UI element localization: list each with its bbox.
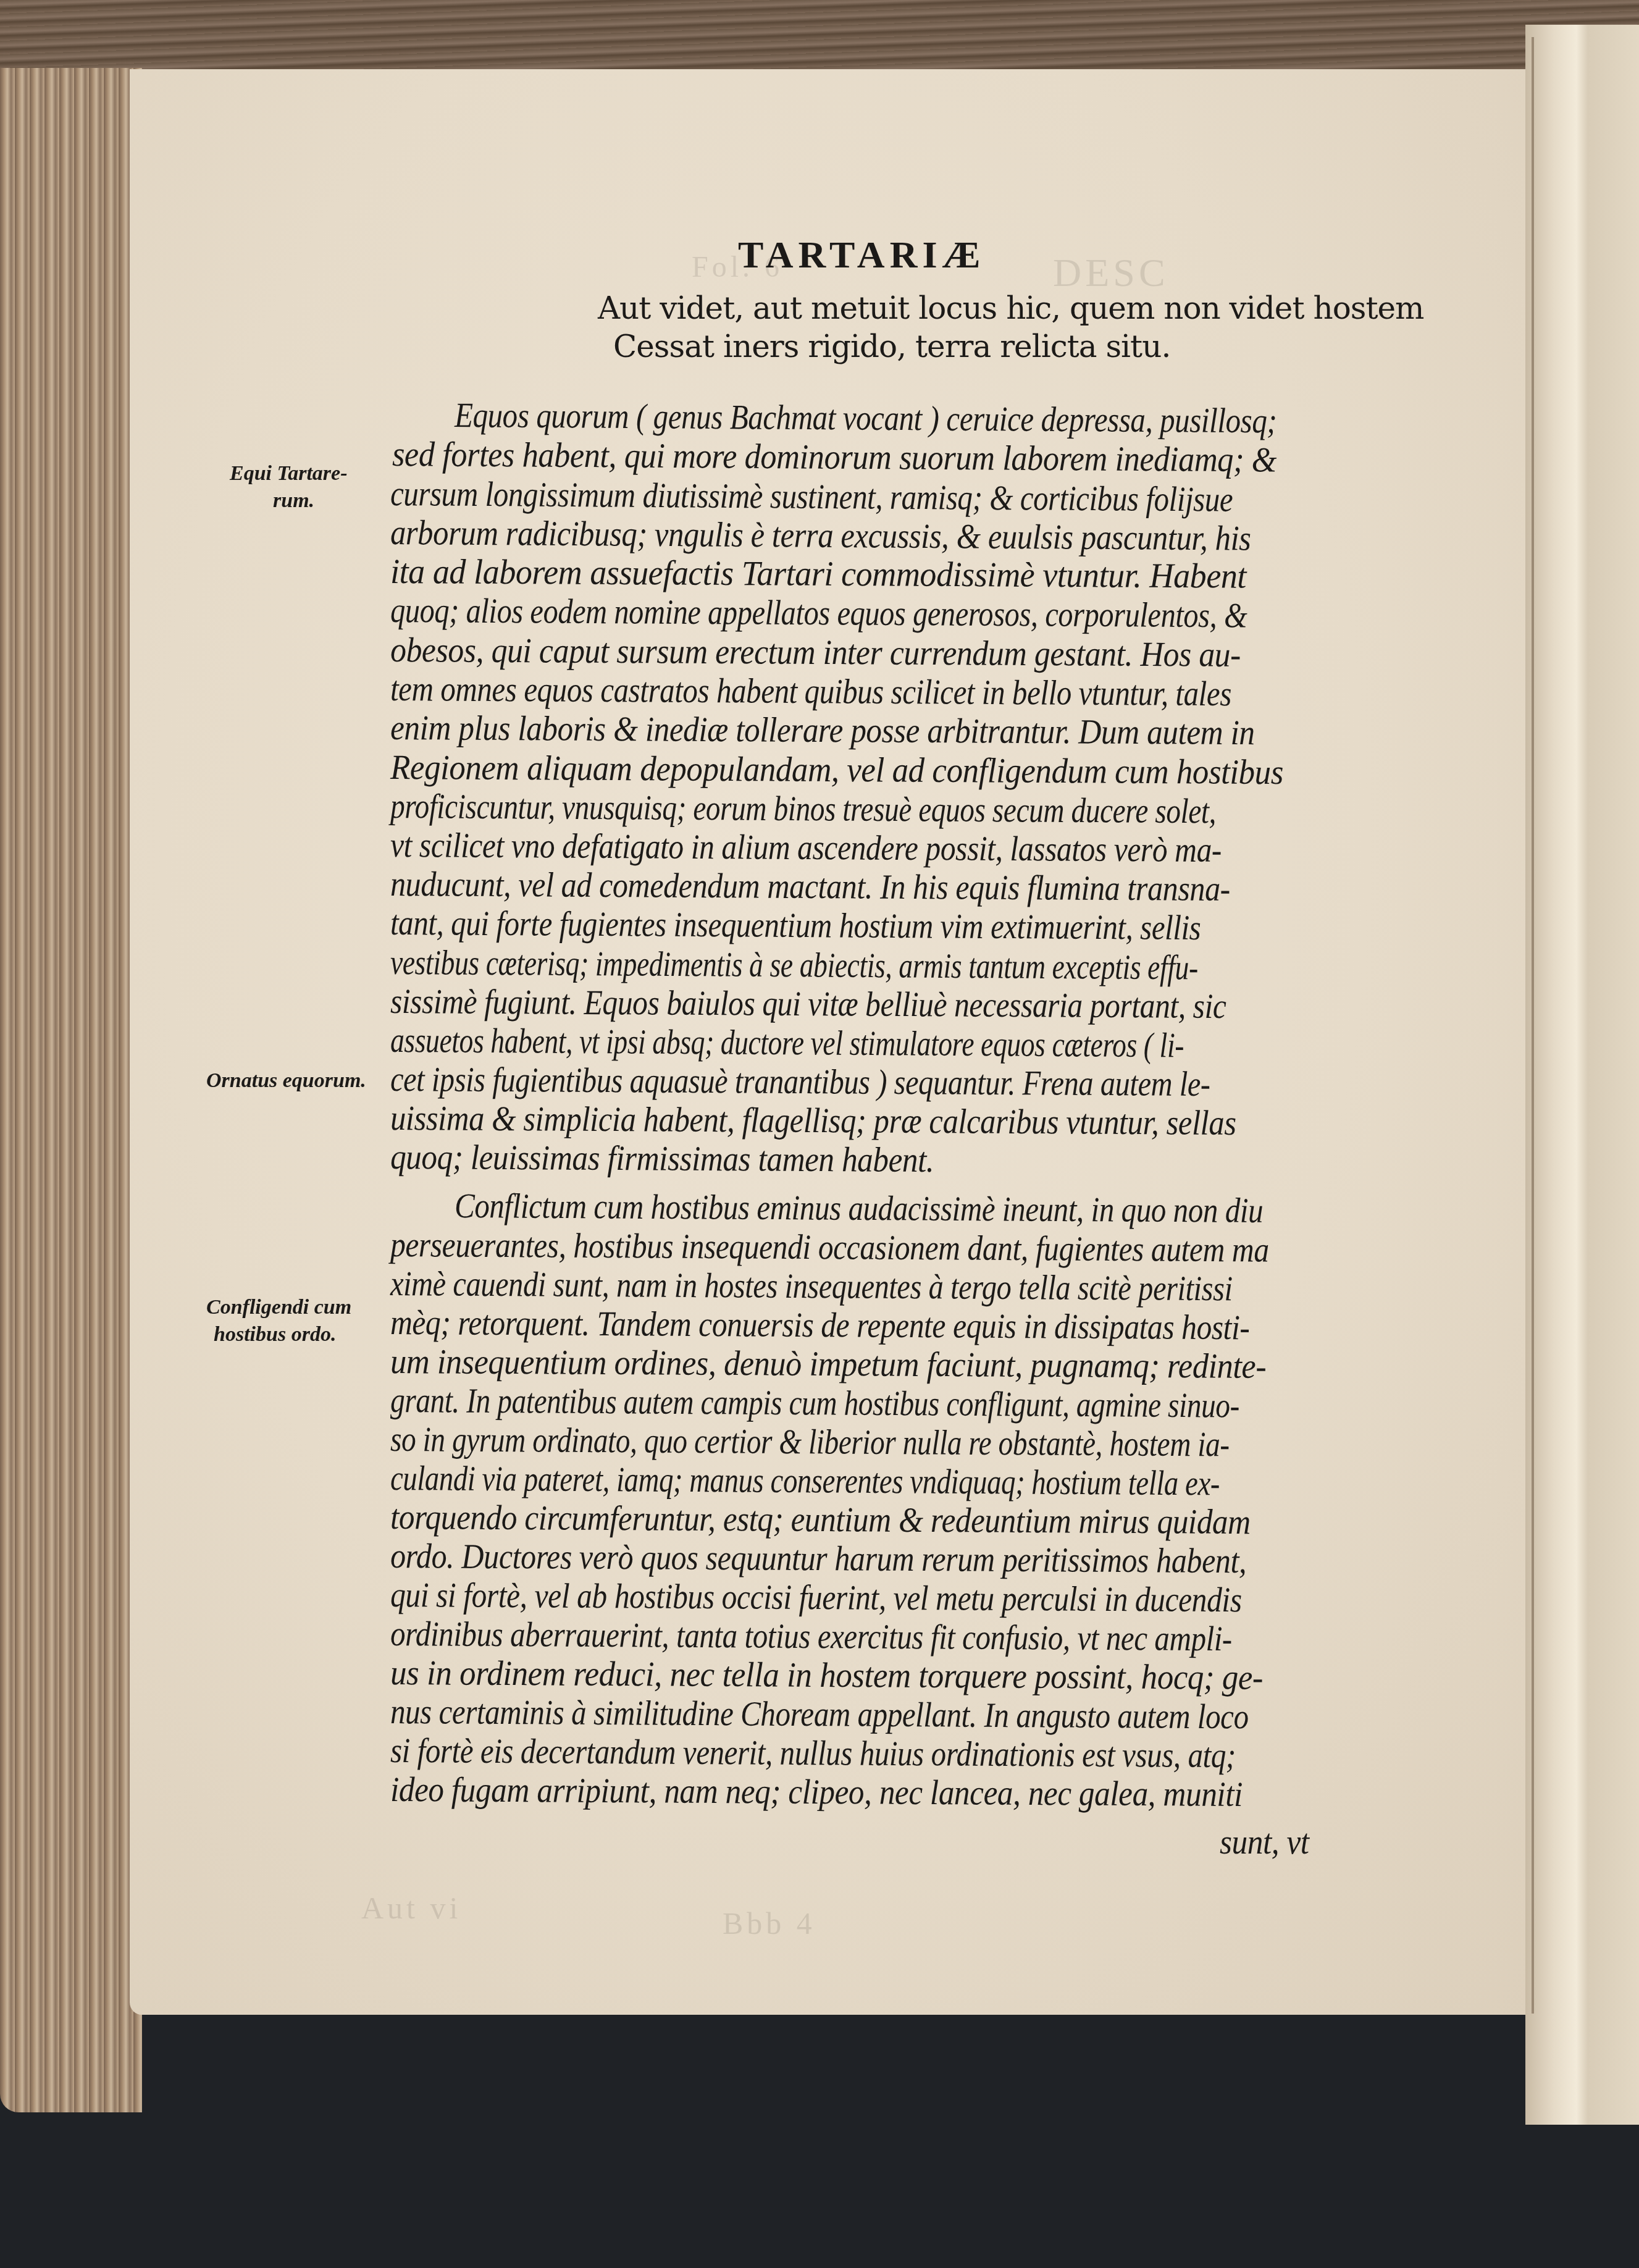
margin-note-line: hostibus ordo. [206, 1321, 351, 1348]
body-line: torquendo circumferuntur, estq; euntium … [390, 1497, 1251, 1542]
margin-note-ornatus-equorum: Ornatus equorum. [206, 1067, 366, 1094]
body-line: cet ipsis fugientibus aquasuè tranantibu… [390, 1059, 1210, 1104]
body-line: ordinibus aberrauerint, tanta totius exe… [390, 1614, 1232, 1659]
body-line: um insequentium ordines, denuò impetum f… [390, 1342, 1267, 1387]
gutter-fold [1532, 37, 1534, 2014]
show-through-text: DESC [1053, 250, 1169, 296]
body-line: enim plus laboris & inediæ tollerare pos… [390, 708, 1255, 753]
verse-line: Cessat iners rigido, terra relicta situ. [613, 329, 1170, 364]
body-line: nuducunt, vel ad comedendum mactant. In … [390, 864, 1230, 909]
body-line: sed fortes habent, qui more dominorum su… [392, 434, 1276, 481]
body-line: mèq; retorquent. Tandem conuersis de rep… [390, 1303, 1250, 1348]
body-line: tant, qui forte fugientes insequentium h… [390, 903, 1201, 948]
body-line: ordo. Ductores verò quos sequuntur harum… [390, 1536, 1246, 1581]
margin-note-line: Confligendi cum [206, 1294, 351, 1321]
body-line: quoq; alios eodem nomine appellatos equo… [390, 590, 1247, 636]
body-line: culandi via pateret, iamq; manus consere… [390, 1458, 1220, 1504]
body-line: Conflictum cum hostibus eminus audacissi… [455, 1186, 1263, 1231]
body-line: Equos quorum ( genus Bachmat vocant ) ce… [455, 395, 1277, 441]
body-line: tem omnes equos castratos habent quibus … [390, 669, 1231, 714]
body-line: qui si fortè, vel ab hostibus occisi fue… [390, 1575, 1242, 1620]
running-head: TARTARIÆ [738, 233, 986, 277]
margin-note-confligendi: Confligendi cum hostibus ordo. [206, 1294, 351, 1348]
margin-note-line: Equi Tartare- [230, 460, 348, 487]
body-line: vestibus cæterisq; impedimentis à se abi… [390, 943, 1198, 988]
show-through-text: Aut vi [361, 1890, 461, 1926]
body-line: perseuerantes, hostibus insequendi occas… [390, 1225, 1269, 1270]
body-line: so in gyrum ordinato, quo certior & libe… [390, 1419, 1230, 1465]
body-line: ximè cauendi sunt, nam in hostes inseque… [390, 1264, 1233, 1309]
margin-note-line: Ornatus equorum. [206, 1067, 366, 1094]
body-line: quoq; leuissimas firmissimas tamen haben… [390, 1137, 934, 1180]
body-line: us in ordinem reduci, nec tella in hoste… [390, 1653, 1263, 1698]
body-line: grant. In patentibus autem campis cum ho… [390, 1380, 1239, 1426]
margin-note-line: rum. [230, 487, 348, 514]
verse-line: Aut videt, aut metuit locus hic, quem no… [598, 290, 1424, 326]
body-line: ideo fugam arripiunt, nam neq; clipeo, n… [390, 1770, 1243, 1815]
catchword: sunt, vt [1220, 1822, 1309, 1862]
show-through-text: Bbb 4 [723, 1905, 816, 1941]
body-line: ita ad laborem assuefactis Tartari commo… [390, 552, 1246, 597]
body-line: sissimè fugiunt. Equos baiulos qui vitæ … [390, 981, 1226, 1027]
body-line: assuetos habent, vt ipsi absq; ductore v… [390, 1020, 1184, 1065]
body-line: vt scilicet vno defatigato in alium asce… [390, 825, 1222, 870]
book-gutter [1525, 25, 1639, 2125]
book-binding-top [0, 0, 1639, 74]
body-line: obesos, qui caput sursum erectum inter c… [390, 630, 1241, 675]
page-fore-edge [0, 68, 142, 2112]
body-line: si fortè eis decertandum venerit, nullus… [390, 1731, 1236, 1776]
body-line: proficiscuntur, vnusquisq; eorum binos t… [390, 786, 1216, 831]
body-line: Regionem aliquam depopulandam, vel ad co… [390, 747, 1283, 792]
margin-note-equi-tartarorum: Equi Tartare- rum. [230, 460, 348, 514]
body-line: uissima & simplicia habent, flagellisq; … [390, 1098, 1236, 1143]
body-line: nus certaminis à similitudine Choream ap… [390, 1692, 1249, 1737]
